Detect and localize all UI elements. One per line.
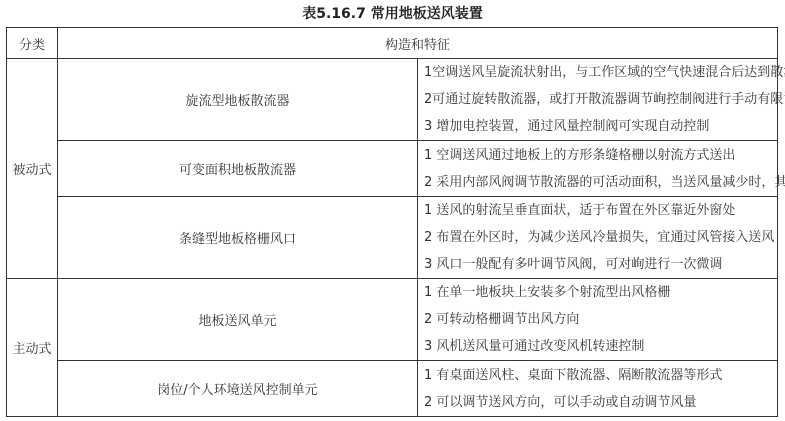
feature-line: 3 增加电控装置，通过风量控制阀可实现自动控制 [424,113,777,140]
feature-line: 2 布置在外区时，为减少送风冷量损失，宜通过风管接入送风 [424,224,777,251]
features-cell: 1 在单一地板块上安装多个射流型出风格栅 2 可转动格栅调节出风方向 3 风机送… [418,279,778,361]
feature-line: 2 可转动格栅调节出风方向 [424,306,777,333]
feature-line: 1 有桌面送风柱、桌面下散流器、隔断散流器等形式 [424,362,777,389]
table-row: 岗位/个人环境送风控制单元 1 有桌面送风柱、桌面下散流器、隔断散流器等形式 2… [7,361,778,417]
device-name: 岗位/个人环境送风控制单元 [58,361,418,417]
floor-air-supply-table: 分类 构造和特征 被动式 旋流型地板散流器 1空调送风呈旋流状射出，与工作区域的… [6,27,778,417]
features-cell: 1空调送风呈旋流状射出，与工作区域的空气快速混合后达到散流器垂直射程 2可通过旋… [418,59,778,141]
table-row: 被动式 旋流型地板散流器 1空调送风呈旋流状射出，与工作区域的空气快速混合后达到… [7,59,778,141]
table-title: 表5.16.7 常用地板送风装置 [0,4,785,24]
table-row: 条缝型地板格栅风口 1 送风的射流呈垂直面状，适于布置在外区靠近外窗处 2 布置… [7,197,778,279]
header-row: 分类 构造和特征 [7,28,778,59]
feature-line: 3 风机送风量可通过改变风机转速控制 [424,333,777,360]
feature-line: 1空调送风呈旋流状射出，与工作区域的空气快速混合后达到散流器垂直射程 [424,59,777,86]
device-name: 条缝型地板格栅风口 [58,197,418,279]
feature-line: 2 采用内部风阀调节散流器的可活动面积，当送风量减少时，其出风速度基本维持不变 [424,169,777,196]
feature-line: 1 送风的射流呈垂直面状，适于布置在外区靠近外窗处 [424,197,777,224]
category-cell: 主动式 [7,279,58,417]
category-cell: 被动式 [7,59,58,279]
header-features: 构造和特征 [58,28,778,59]
features-cell: 1 空调送风通过地板上的方形条缝格栅以射流方式送出 2 采用内部风阀调节散流器的… [418,141,778,197]
features-cell: 1 有桌面送风柱、桌面下散流器、隔断散流器等形式 2 可以调节送风方向，可以手动… [418,361,778,417]
table-row: 可变面积地板散流器 1 空调送风通过地板上的方形条缝格栅以射流方式送出 2 采用… [7,141,778,197]
device-name: 旋流型地板散流器 [58,59,418,141]
feature-line: 2可通过旋转散流器，或打开散流器调节峋控制阀进行手动有限调节 [424,86,777,113]
device-name: 地板送风单元 [58,279,418,361]
feature-line: 2 可以调节送风方向，可以手动或自动调节风量 [424,389,777,416]
device-name: 可变面积地板散流器 [58,141,418,197]
table-row: 主动式 地板送风单元 1 在单一地板块上安装多个射流型出风格栅 2 可转动格栅调… [7,279,778,361]
feature-line: 1 空调送风通过地板上的方形条缝格栅以射流方式送出 [424,142,777,169]
feature-line: 1 在单一地板块上安装多个射流型出风格栅 [424,279,777,306]
feature-line: 3 风口一般配有多叶调节风阀，可对峋进行一次微调 [424,251,777,278]
header-category: 分类 [7,28,58,59]
features-cell: 1 送风的射流呈垂直面状，适于布置在外区靠近外窗处 2 布置在外区时，为减少送风… [418,197,778,279]
